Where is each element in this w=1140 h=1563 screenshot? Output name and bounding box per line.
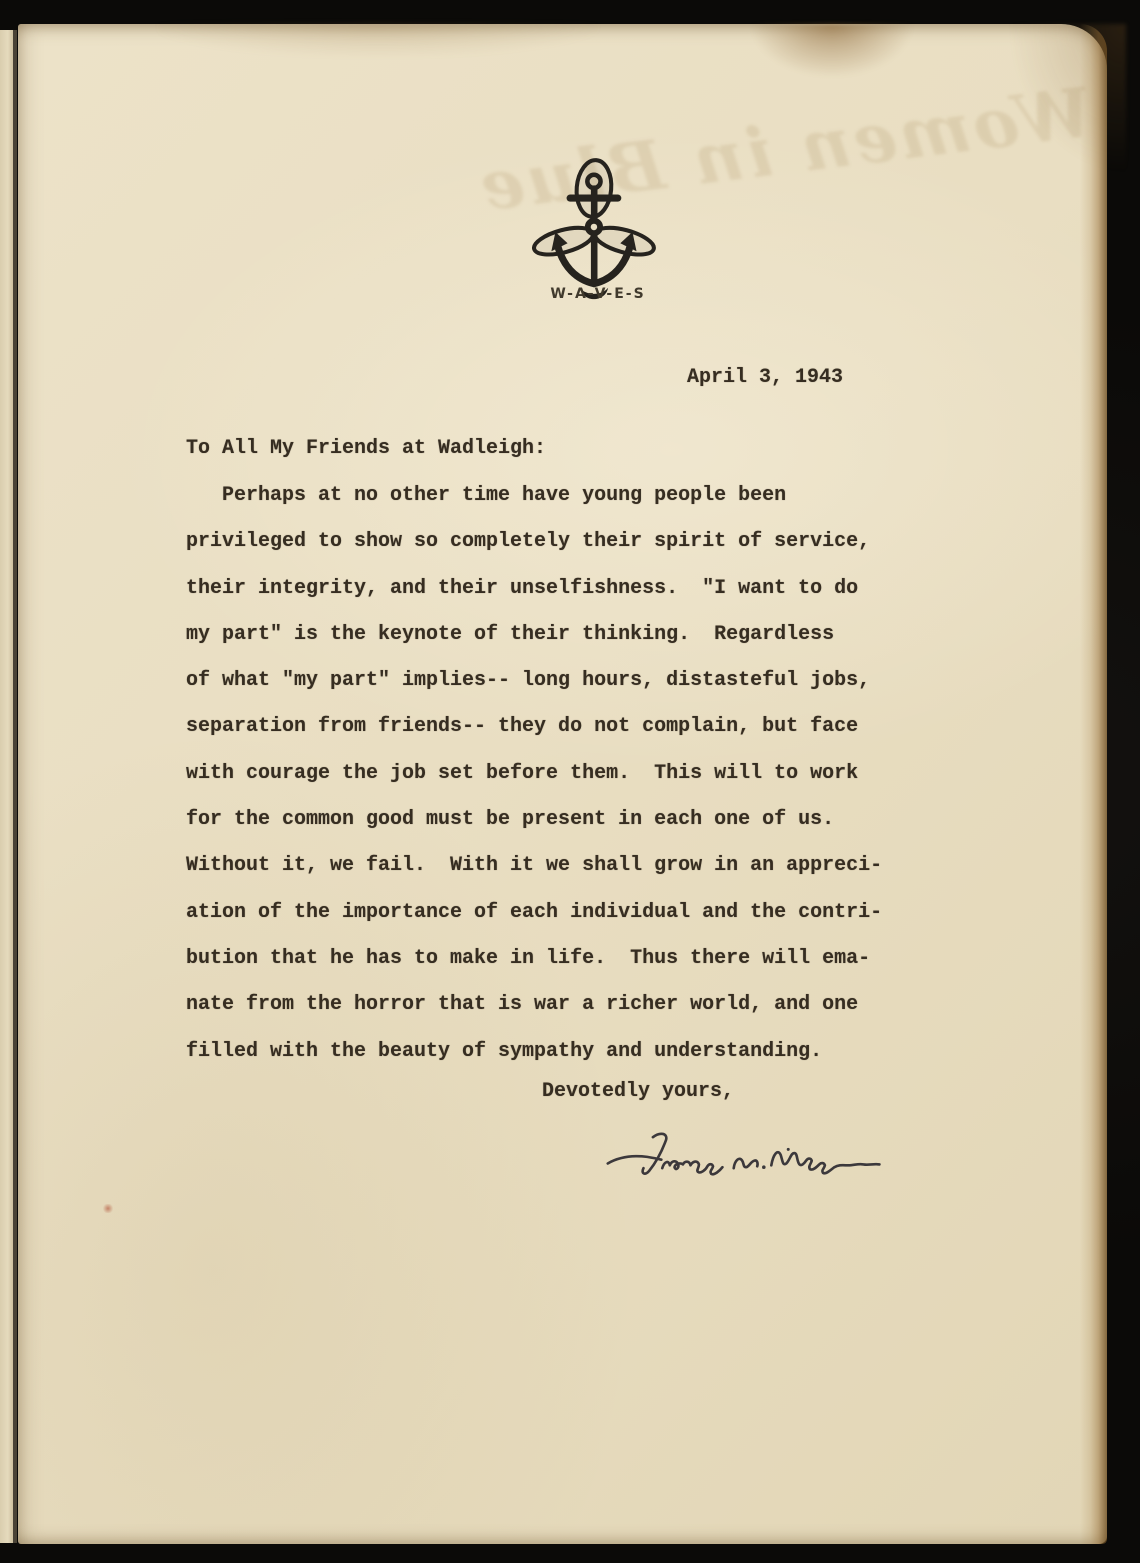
waves-caption: W-A-V-E-S <box>532 286 664 302</box>
letter-line: my part" is the keynote of their thinkin… <box>186 612 882 658</box>
letter-line: their integrity, and their unselfishness… <box>186 566 882 612</box>
letter-line: bution that he has to make in life. Thus… <box>186 936 882 982</box>
page-stack-edge <box>1080 24 1107 1544</box>
letter-line: for the common good must be present in e… <box>186 797 882 843</box>
paper-stain <box>752 24 912 76</box>
letter-line: filled with the beauty of sympathy and u… <box>186 1029 882 1075</box>
closing-line: Devotedly yours, <box>542 1080 734 1103</box>
previous-page-edge <box>0 30 17 1543</box>
letter-line: nate from the horror that is war a riche… <box>186 982 882 1028</box>
date-line: April 3, 1943 <box>687 366 843 389</box>
letter-body: Perhaps at no other time have young peop… <box>186 473 882 1075</box>
letter-line: Without it, we fail. With it we shall gr… <box>186 843 882 889</box>
letter-line: with courage the job set before them. Th… <box>186 751 882 797</box>
paper-stain <box>102 1204 114 1213</box>
letter-line: ation of the importance of each individu… <box>186 890 882 936</box>
waves-insignia-icon <box>532 154 664 304</box>
paper-stain <box>158 24 598 56</box>
letter-line: privileged to show so completely their s… <box>186 519 882 565</box>
salutation: To All My Friends at Wadleigh: <box>186 437 546 460</box>
signature-frances-m-wilson <box>604 1124 886 1186</box>
letter-page: Women in Blue W-A-V-E-S April 3, 1943 To… <box>18 24 1107 1544</box>
letter-line: separation from friends-- they do not co… <box>186 704 882 750</box>
letter-line: Perhaps at no other time have young peop… <box>186 473 882 519</box>
letter-line: of what "my part" implies-- long hours, … <box>186 658 882 704</box>
